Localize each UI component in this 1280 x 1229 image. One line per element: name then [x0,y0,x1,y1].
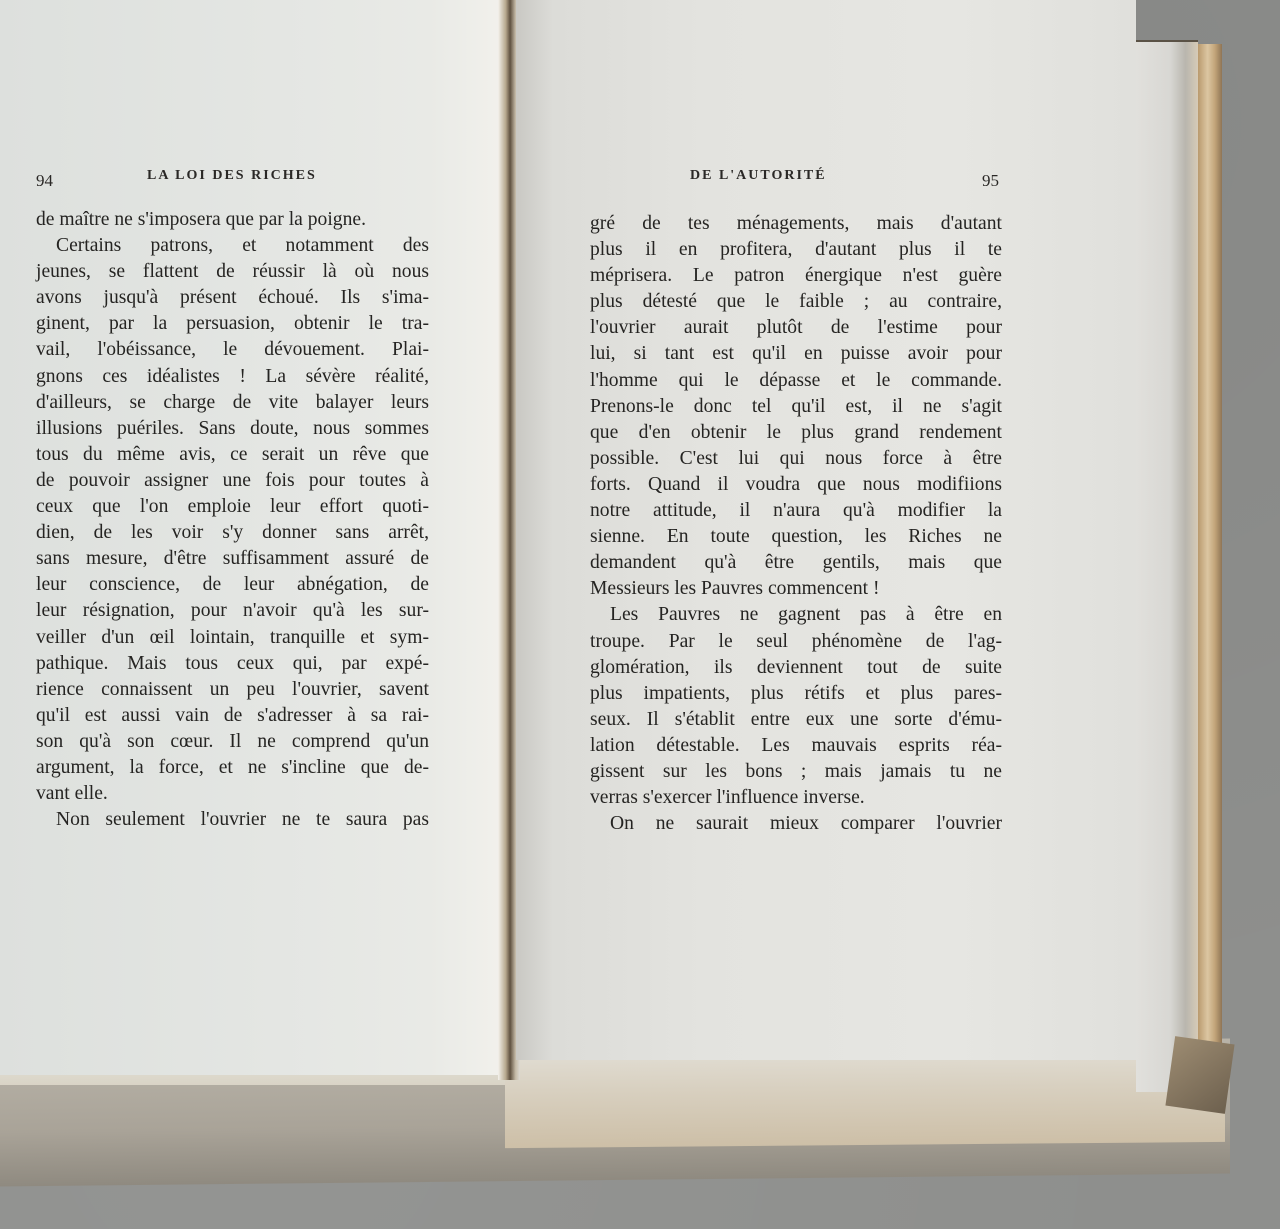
text-line: verras s'exercer l'influence inverse. [590,785,1002,811]
left-running-head: LA LOI DES RICHES [147,168,317,184]
text-line: l'ouvrier aurait plutôt de l'estime pour [590,315,1002,341]
text-line: seux. Il s'établit entre eux une sorte d… [590,707,1002,733]
text-line: lation détestable. Les mauvais esprits r… [590,733,1002,759]
text-line: d'ailleurs, se charge de vite balayer le… [36,390,429,416]
text-line: dien, de les voir s'y donner sans arrêt, [36,520,429,546]
text-line: avons jusqu'à présent échoué. Ils s'ima- [36,285,429,311]
text-line: troupe. Par le seul phénomène de l'ag- [590,629,1002,655]
text-line: gnons ces idéalistes ! La sévère réalité… [36,364,429,390]
text-line: pathique. Mais tous ceux qui, par expé- [36,651,429,677]
text-line: méprisera. Le patron énergique n'est guè… [590,263,1002,289]
text-line: On ne saurait mieux comparer l'ouvrier [590,811,1002,837]
text-line: Messieurs les Pauvres commencent ! [590,576,1002,602]
book-cover-corner [1165,1036,1234,1114]
text-line: demandent qu'à être gentils, mais que [590,550,1002,576]
page-stack-edge [1136,40,1198,1092]
left-page-body: de maître ne s'imposera que par la poign… [36,207,429,833]
text-line: ginent, par la persuasion, obtenir le tr… [36,311,429,337]
text-line: plus il en profitera, d'autant plus il t… [590,237,1002,263]
right-running-head: DE L'AUTORITÉ [690,168,827,184]
text-line: plus impatients, plus rétifs et plus par… [590,681,1002,707]
text-line: jeunes, se flattent de réussir là où nou… [36,259,429,285]
text-line: que d'en obtenir le plus grand rendement [590,420,1002,446]
text-line: Les Pauvres ne gagnent pas à être en [590,602,1002,628]
text-line: gré de tes ménagements, mais d'autant [590,211,1002,237]
text-line: Non seulement l'ouvrier ne te saura pas [36,807,429,833]
text-line: forts. Quand il voudra que nous modifiio… [590,472,1002,498]
text-line: veiller d'un œil lointain, tranquille et… [36,625,429,651]
text-line: plus détesté que le faible ; au contrair… [590,289,1002,315]
text-line: sienne. En toute question, les Riches ne [590,524,1002,550]
text-line: tous du même avis, ce serait un rêve que [36,442,429,468]
text-line: Certains patrons, et notamment des [36,233,429,259]
text-line: vant elle. [36,781,429,807]
text-line: son qu'à son cœur. Il ne comprend qu'un [36,729,429,755]
right-page-body: gré de tes ménagements, mais d'autantplu… [590,211,1002,837]
text-line: rience connaissent un peu l'ouvrier, sav… [36,677,429,703]
text-line: lui, si tant est qu'il en puisse avoir p… [590,341,1002,367]
right-page-bottom-edge [505,1047,1225,1148]
text-line: ceux que l'on emploie leur effort quoti- [36,494,429,520]
right-page-number: 95 [982,171,999,191]
text-line: leur conscience, de leur abnégation, de [36,572,429,598]
text-line: l'homme qui le dépasse et le commande. [590,368,1002,394]
text-line: vail, l'obéissance, le dévouement. Plai- [36,337,429,363]
text-line: gissent sur les bons ; mais jamais tu ne [590,759,1002,785]
text-line: sans mesure, d'être suffisamment assuré … [36,546,429,572]
text-line: argument, la force, et ne s'incline que … [36,755,429,781]
text-line: de maître ne s'imposera que par la poign… [36,207,429,233]
text-line: glomération, ils deviennent tout de suit… [590,655,1002,681]
left-page-number: 94 [36,171,53,191]
text-line: leur résignation, pour n'avoir qu'à les … [36,598,429,624]
text-line: illusions puériles. Sans doute, nous som… [36,416,429,442]
book-cover-edge [1198,44,1222,1084]
left-page: 94 LA LOI DES RICHES de maître ne s'impo… [0,0,505,1075]
text-line: Prenons-le donc tel qu'il est, il ne s'a… [590,394,1002,420]
text-line: notre attitude, il n'aura qu'à modifier … [590,498,1002,524]
text-line: qu'il est aussi vain de s'adresser à sa … [36,703,429,729]
text-line: de pouvoir assigner une fois pour toutes… [36,468,429,494]
text-line: possible. C'est lui qui nous force à êtr… [590,446,1002,472]
